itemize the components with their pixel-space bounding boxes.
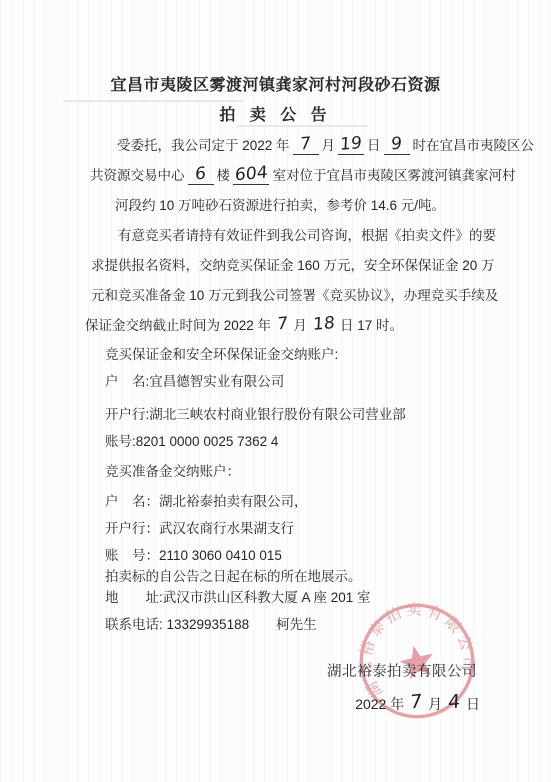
underline-blank: 9: [384, 137, 410, 155]
doc-line: 竞买准备金交纳账户：: [0, 458, 551, 485]
doc-line: 开户行：武汉农商行水果湖支行: [0, 515, 551, 542]
handwritten-value: 19: [338, 135, 365, 154]
text-run: 月: [290, 318, 311, 333]
text-run: 月: [424, 696, 446, 712]
text-run: 河段约 10 万吨砂石资源进行拍卖，参考价 14.6 元/吨。: [115, 198, 445, 213]
underline-blank: 604: [233, 167, 269, 185]
doc-line: 元和竞买准备金 10 万元到我公司签署《竞买协议》，办理竞买手续及: [0, 281, 551, 311]
handwritten-value: 7: [274, 315, 290, 333]
text-run: 开户行：武汉农商行水果湖支行: [105, 521, 294, 536]
handwritten-value: 604: [232, 164, 270, 184]
handwritten-value: 4: [445, 693, 462, 711]
scan-artifact: [236, 125, 368, 127]
text-run: 竞买准备金交纳账户：: [105, 464, 240, 479]
doc-line: 户 名：湖北裕泰拍卖有限公司，: [0, 488, 551, 515]
document-body: 受委托，我公司定于 2022 年7月19日9时在宜昌市夷陵区公共资源交易中心6楼…: [0, 131, 551, 638]
text-run: 户 名：湖北裕泰拍卖有限公司，: [105, 494, 308, 509]
text-run: 日: [367, 138, 381, 153]
text-run: 月: [322, 138, 336, 153]
text-run: 元和竞买准备金 10 万元到我公司签署《竞买协议》，办理竞买手续及: [91, 288, 498, 303]
doc-line: 户 名:宜昌德智实业有限公司: [0, 368, 551, 395]
document-page: 宜昌市夷陵区雾渡河镇龚家河村河段砂石资源 拍 卖 公 告 受委托，我公司定于 2…: [0, 0, 551, 782]
text-run: 楼: [217, 168, 231, 183]
text-run: 日 17 时。: [336, 318, 403, 333]
doc-line: 求提供报名资料，交纳竞买保证金 160 万元，安全环保保证金 20 万: [0, 251, 551, 281]
page-title: 宜昌市夷陵区雾渡河镇龚家河村河段砂石资源: [0, 72, 551, 95]
signature-company: 湖北裕泰拍卖有限公司: [327, 660, 477, 681]
text-run: 有意竞买者请持有效证件到我公司咨询，根据《拍卖文件》的要: [118, 228, 496, 243]
doc-line: 受委托，我公司定于 2022 年7月19日9时在宜昌市夷陵区公: [0, 131, 551, 161]
text-run: 地 址:武汉市洪山区科教大厦 A 座 201 室: [105, 590, 371, 605]
handwritten-value: 7: [408, 693, 425, 711]
text-run: 时在宜昌市夷陵区公: [413, 138, 535, 153]
text-run: 共资源交易中心: [90, 168, 185, 183]
doc-line: 河段约 10 万吨砂石资源进行拍卖，参考价 14.6 元/吨。: [0, 191, 551, 221]
text-run: 账 号：2110 3060 0410 015: [105, 548, 282, 563]
text-run: 账号:8201 0000 0025 7362 4: [105, 434, 278, 449]
doc-line: 开户行:湖北三峡农村商业银行股份有限公司营业部: [0, 401, 551, 428]
underline-blank: 7: [293, 137, 319, 155]
text-run: 室对位于宜昌市夷陵区雾渡河镇龚家河村: [272, 168, 515, 183]
doc-line: 有意竞买者请持有效证件到我公司咨询，根据《拍卖文件》的要: [0, 221, 551, 251]
signature-date: 2022 年 7 月 4 日: [355, 692, 480, 716]
text-run: 联系电话: 13329935188 柯先生: [105, 617, 317, 632]
text-run: 受委托，我公司定于 2022 年: [117, 138, 290, 153]
doc-line: 账号:8201 0000 0025 7362 4: [0, 428, 551, 455]
text-run: 2022 年: [355, 696, 408, 712]
handwritten-value: 6: [193, 165, 209, 183]
text-run: 求提供报名资料，交纳竞买保证金 160 万元，安全环保保证金 20 万: [91, 258, 495, 273]
underline-blank: 6: [188, 167, 214, 185]
handwritten-value: 9: [389, 135, 405, 153]
handwritten-value: 18: [310, 315, 337, 334]
seal-arc-text: 湖北裕泰拍卖有限公司: [354, 598, 480, 702]
doc-line: 共资源交易中心6楼604室对位于宜昌市夷陵区雾渡河镇龚家河村: [0, 161, 551, 191]
text-run: 日: [462, 696, 480, 712]
text-run: 开户行:湖北三峡农村商业银行股份有限公司营业部: [105, 407, 406, 422]
text-run: 户 名:宜昌德智实业有限公司: [105, 374, 284, 389]
handwritten-value: 7: [298, 135, 314, 153]
text-run: 竞买保证金和安全环保保证金交纳账户:: [105, 347, 338, 362]
text-run: 保证金交纳截止时间为 2022 年: [85, 318, 275, 333]
page-subtitle: 拍 卖 公 告: [0, 102, 551, 125]
doc-line: 保证金交纳截止时间为 2022 年 7 月 18 日 17 时。: [0, 311, 551, 341]
doc-line: 竞买保证金和安全环保保证金交纳账户:: [0, 341, 551, 368]
underline-blank: 19: [338, 137, 364, 155]
text-run: 拍卖标的自公告之日起在标的所在地展示。: [105, 569, 362, 584]
